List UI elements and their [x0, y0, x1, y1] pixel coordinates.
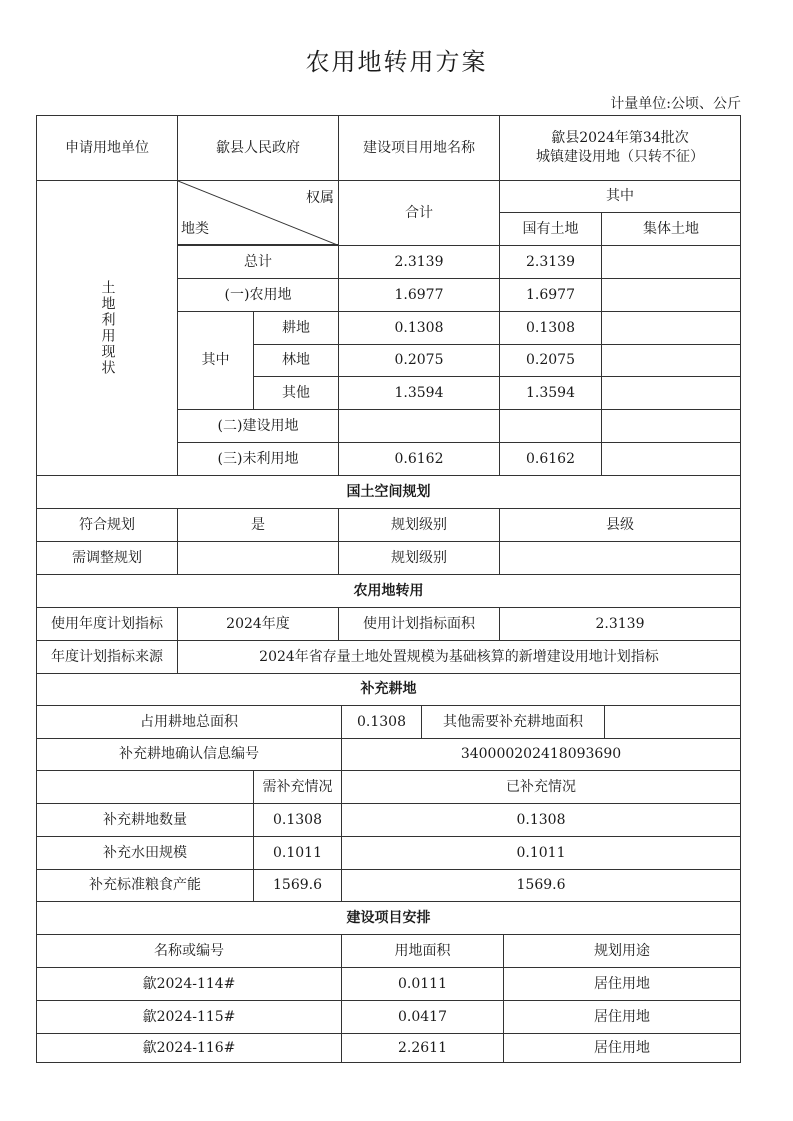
- supplement-row-label: 补充耕地数量: [36, 803, 254, 837]
- construction-state: [499, 409, 602, 443]
- adjust-level-label: 规划级别: [338, 541, 500, 575]
- quota-area-label: 使用计划指标面积: [338, 607, 500, 641]
- project-row-area: 2.2611: [341, 1033, 504, 1063]
- project-row-name: 歙2024-115#: [36, 1000, 342, 1034]
- project-row-use: 居住用地: [503, 967, 741, 1001]
- total-row-label: 总计: [177, 245, 339, 279]
- land-status-label: 土地利用现状: [36, 180, 178, 476]
- project-row-area: 0.0111: [341, 967, 504, 1001]
- other-supplement-label: 其他需要补充耕地面积: [421, 705, 605, 739]
- construction-sum: [338, 409, 500, 443]
- project-row-use: 居住用地: [503, 1033, 741, 1063]
- project-value-line1: 歙县2024年第34批次: [551, 129, 688, 148]
- done-header: 已补充情况: [341, 770, 741, 804]
- unused-state: 0.6162: [499, 442, 602, 476]
- projects-section-title: 建设项目安排: [36, 901, 741, 935]
- project-value-line2: 城镇建设用地（只转不征）: [536, 148, 704, 167]
- supplement-row-done: 1569.6: [341, 869, 741, 902]
- agri-state: 1.6977: [499, 278, 602, 312]
- adjust-level-value: [499, 541, 741, 575]
- applicant-value: 歙县人民政府: [177, 115, 339, 181]
- project-row-use: 居住用地: [503, 1000, 741, 1034]
- other-state: 1.3594: [499, 376, 602, 410]
- supplement-row-done: 0.1011: [341, 836, 741, 870]
- projects-col-area: 用地面积: [341, 934, 504, 968]
- project-value: 歙县2024年第34批次 城镇建设用地（只转不征）: [499, 115, 741, 181]
- of-which-header: 其中: [499, 180, 741, 213]
- forest-sum: 0.2075: [338, 344, 500, 377]
- arable-collective: [601, 311, 741, 345]
- state-owned-header: 国有土地: [499, 212, 602, 246]
- project-label: 建设项目用地名称: [338, 115, 500, 181]
- level-label: 规划级别: [338, 508, 500, 542]
- spatial-planning-section-title: 国土空间规划: [36, 475, 741, 509]
- of-which-group-label: 其中: [177, 311, 254, 410]
- unused-label: (三)未利用地: [177, 442, 339, 476]
- supplement-row-need: 0.1011: [253, 836, 342, 870]
- projects-col-use: 规划用途: [503, 934, 741, 968]
- arable-label: 耕地: [253, 311, 339, 345]
- confirm-no-label: 补充耕地确认信息编号: [36, 738, 342, 771]
- project-row-name: 歙2024-116#: [36, 1033, 342, 1063]
- other-collective: [601, 376, 741, 410]
- project-row-name: 歙2024-114#: [36, 967, 342, 1001]
- construction-label: (二)建设用地: [177, 409, 339, 443]
- need-header: 需补充情况: [253, 770, 342, 804]
- measurement-unit: 计量单位:公顷、公斤: [610, 93, 741, 113]
- arable-sum: 0.1308: [338, 311, 500, 345]
- quota-source-label: 年度计划指标来源: [36, 640, 178, 674]
- construction-collective: [601, 409, 741, 443]
- projects-col-name: 名称或编号: [36, 934, 342, 968]
- unused-sum: 0.6162: [338, 442, 500, 476]
- annual-quota-value: 2024年度: [177, 607, 339, 641]
- conform-value: 是: [177, 508, 339, 542]
- supplement-row-done: 0.1308: [341, 803, 741, 837]
- land-type-label: 地类: [181, 218, 209, 238]
- level-value: 县级: [499, 508, 741, 542]
- diagonal-header: 权属 地类: [177, 180, 339, 245]
- annual-quota-label: 使用年度计划指标: [36, 607, 178, 641]
- supplement-corner-cell: [36, 770, 254, 804]
- quota-source-value: 2024年省存量土地处置规模为基础核算的新增建设用地计划指标: [177, 640, 741, 674]
- supplement-row-label: 补充水田规模: [36, 836, 254, 870]
- forest-collective: [601, 344, 741, 377]
- agri-collective: [601, 278, 741, 312]
- total-state: 2.3139: [499, 245, 602, 279]
- page-title: 农用地转用方案: [0, 42, 793, 77]
- occupied-value: 0.1308: [341, 705, 422, 739]
- confirm-no-value: 340000202418093690: [341, 738, 741, 771]
- total-collective: [601, 245, 741, 279]
- ownership-label: 权属: [306, 187, 334, 207]
- total-header: 合计: [338, 180, 500, 246]
- supplement-row-need: 1569.6: [253, 869, 342, 902]
- agri-row-label: (一)农用地: [177, 278, 339, 312]
- total-sum: 2.3139: [338, 245, 500, 279]
- supplement-section-title: 补充耕地: [36, 673, 741, 706]
- other-sum: 1.3594: [338, 376, 500, 410]
- unused-collective: [601, 442, 741, 476]
- project-row-area: 0.0417: [341, 1000, 504, 1034]
- supplement-row-label: 补充标准粮食产能: [36, 869, 254, 902]
- quota-area-value: 2.3139: [499, 607, 741, 641]
- other-supplement-value: [604, 705, 741, 739]
- arable-state: 0.1308: [499, 311, 602, 345]
- conversion-section-title: 农用地转用: [36, 574, 741, 608]
- occupied-label: 占用耕地总面积: [36, 705, 342, 739]
- conform-label: 符合规划: [36, 508, 178, 542]
- adjust-label: 需调整规划: [36, 541, 178, 575]
- other-label: 其他: [253, 376, 339, 410]
- adjust-value: [177, 541, 339, 575]
- forest-label: 林地: [253, 344, 339, 377]
- agri-sum: 1.6977: [338, 278, 500, 312]
- supplement-row-need: 0.1308: [253, 803, 342, 837]
- collective-header: 集体土地: [601, 212, 741, 246]
- forest-state: 0.2075: [499, 344, 602, 377]
- applicant-label: 申请用地单位: [36, 115, 178, 181]
